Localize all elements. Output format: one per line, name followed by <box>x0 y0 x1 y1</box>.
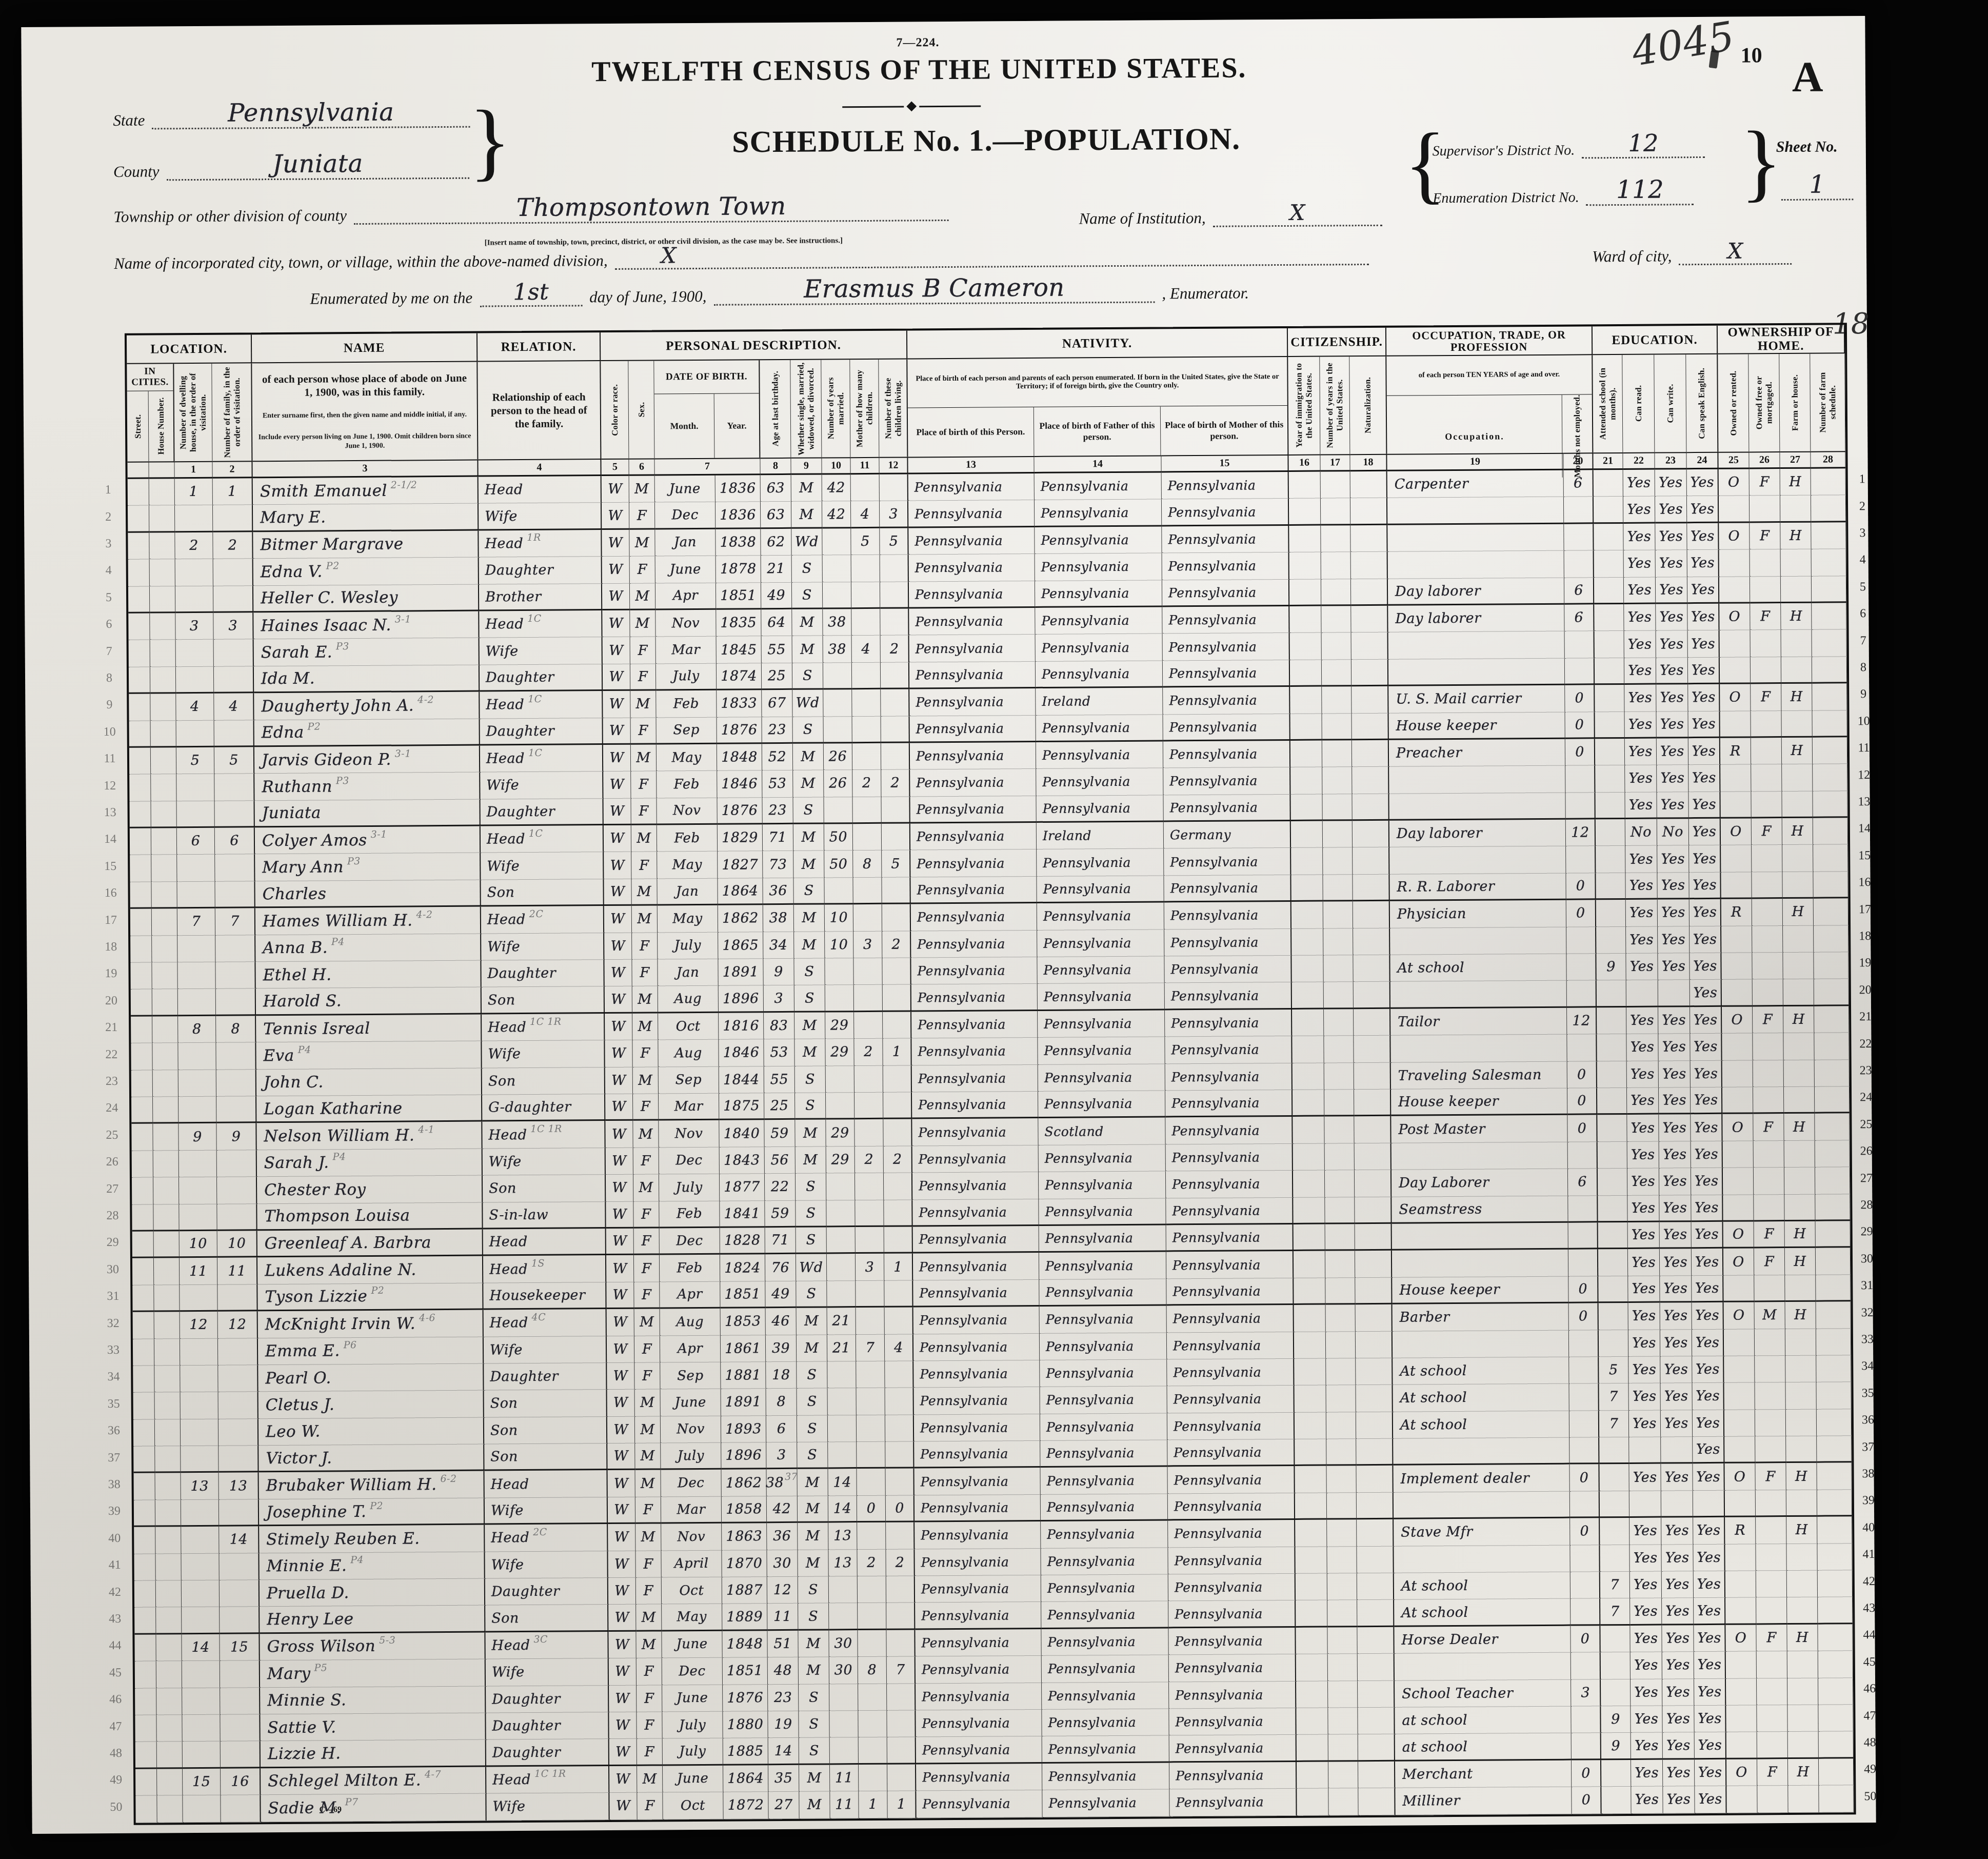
cell-street <box>133 1312 154 1339</box>
cell-read: Yes <box>1625 792 1657 819</box>
cell-family <box>218 1338 258 1366</box>
cell-write: Yes <box>1658 953 1689 980</box>
cell-months_not <box>1569 1384 1599 1411</box>
cell-read: Yes <box>1631 1706 1662 1733</box>
cell-mother_of: 2 <box>855 1146 884 1174</box>
column-number-owned: 25 <box>1718 451 1749 469</box>
cell-relation: Daughter <box>480 799 603 826</box>
cell-owned <box>1726 1732 1757 1759</box>
line-number-right: 46 <box>1857 1682 1882 1696</box>
cell-pob_mother: Pennsylvania <box>1167 1386 1295 1413</box>
cell-imm_year <box>1295 1520 1327 1547</box>
cell-name: Heller C. Wesley <box>253 584 479 612</box>
cell-pob_father: Pennsylvania <box>1042 1763 1169 1790</box>
cell-pob: Pennsylvania <box>915 1629 1041 1657</box>
cell-marital: M <box>792 636 823 663</box>
cell-yrs_us <box>1324 1063 1354 1090</box>
cell-yrs_married <box>829 1576 858 1604</box>
column-number-read: 22 <box>1623 452 1655 470</box>
cell-month: May <box>657 744 717 772</box>
cell-school <box>1597 1115 1627 1142</box>
cell-imm_year <box>1291 848 1323 875</box>
cell-color: W <box>609 1766 637 1793</box>
cell-dwelling <box>179 1150 217 1177</box>
cell-write: Yes <box>1655 469 1687 497</box>
cell-yrs_us <box>1321 499 1350 526</box>
cell-dwelling: 11 <box>180 1258 217 1285</box>
cell-age: 34 <box>763 932 794 959</box>
cell-house <box>154 1339 180 1366</box>
cell-marital: S <box>796 1174 826 1201</box>
cell-name: Nelson William H.4-1 <box>256 1122 482 1150</box>
cell-speak: Yes <box>1694 1706 1726 1733</box>
cell-read: Yes <box>1628 1249 1660 1276</box>
cell-pob_father: Pennsylvania <box>1042 1709 1169 1736</box>
cell-pob_mother: Pennsylvania <box>1162 499 1289 526</box>
cell-natural <box>1357 1627 1394 1654</box>
line-number-right: 35 <box>1856 1387 1880 1400</box>
cell-living: 7 <box>887 1657 916 1684</box>
cell-speak: Yes <box>1691 1141 1723 1169</box>
cell-farm_no <box>1817 1463 1852 1490</box>
cell-sex: F <box>631 852 657 879</box>
cell-imm_year <box>1294 1358 1326 1386</box>
cell-year: 1846 <box>719 1039 764 1066</box>
cell-year: 1827 <box>718 852 763 879</box>
cell-street <box>132 1204 153 1232</box>
column-number-natural: 18 <box>1350 454 1387 471</box>
cell-imm_year <box>1295 1493 1327 1520</box>
cell-mother_of <box>855 1173 884 1200</box>
cell-pob_mother: Pennsylvania <box>1165 1063 1293 1091</box>
cell-read: Yes <box>1624 550 1656 578</box>
cell-relation: Daughter <box>486 1712 609 1740</box>
cell-marital: M <box>797 1335 827 1362</box>
cell-farm_no <box>1811 522 1846 549</box>
cell-owned <box>1722 1087 1753 1114</box>
cell-color: W <box>605 1040 632 1067</box>
cell-name: Thompson Louisa <box>257 1202 483 1231</box>
cell-mother_of <box>853 958 882 985</box>
cell-family: 5 <box>214 747 254 774</box>
cell-yrs_married: 21 <box>827 1335 856 1362</box>
cell-sex: F <box>629 503 655 530</box>
cell-yrs_married <box>825 958 853 985</box>
cell-read: Yes <box>1629 1518 1661 1545</box>
cell-month: May <box>657 852 718 879</box>
cell-year: 1851 <box>723 1657 768 1685</box>
cell-speak: Yes <box>1689 845 1721 873</box>
cell-occupation: Implement dealer <box>1393 1465 1569 1492</box>
column-header-marital: Whether single, married, widowed, or div… <box>790 360 822 457</box>
cell-read: Yes <box>1629 1545 1661 1572</box>
cell-marital: S <box>796 1281 827 1308</box>
cell-write: Yes <box>1657 765 1688 792</box>
line-number-left: 26 <box>100 1155 125 1169</box>
cell-natural <box>1357 1493 1394 1520</box>
line-number-right: 3 <box>1850 526 1875 540</box>
cell-age: 3 <box>766 1442 797 1470</box>
cell-school <box>1598 1222 1628 1250</box>
cell-farm <box>1786 1436 1817 1464</box>
cell-mother_of <box>854 1065 883 1093</box>
cell-farm <box>1785 1275 1816 1302</box>
cell-pob_mother: Pennsylvania <box>1167 1413 1295 1440</box>
column-desc-name-2: Include every person living on June 1, 1… <box>257 431 472 451</box>
column-number-farm_no: 28 <box>1811 451 1845 468</box>
cell-write: Yes <box>1660 1356 1692 1383</box>
cell-farm <box>1786 1409 1817 1436</box>
cell-house <box>151 721 176 748</box>
cell-year: 1862 <box>721 1470 766 1497</box>
cell-farm_no <box>1818 1624 1853 1651</box>
cell-farm <box>1782 845 1813 872</box>
cell-pob_mother: Pennsylvania <box>1162 472 1289 500</box>
cell-sex: M <box>635 1416 661 1443</box>
cell-occupation: Day laborer <box>1388 605 1564 632</box>
pencil-note: 4-6 <box>419 1312 435 1323</box>
cell-read: Yes <box>1629 1464 1661 1491</box>
relation-pencil-note: 1C 1R <box>530 1123 562 1135</box>
cell-occupation: Day laborer <box>1389 820 1566 847</box>
ward-field: Ward of city, X <box>1592 238 1792 266</box>
cell-free <box>1753 1060 1784 1087</box>
cell-farm <box>1782 764 1813 792</box>
cell-occupation: Preacher <box>1389 739 1565 767</box>
cell-imm_year <box>1295 1412 1326 1439</box>
cell-mother_of <box>856 1280 884 1308</box>
cell-natural <box>1355 1170 1391 1197</box>
cell-family <box>214 720 254 747</box>
cell-house <box>149 479 175 506</box>
cell-sex: F <box>637 1712 662 1739</box>
cell-farm_no <box>1816 1329 1851 1356</box>
cell-free <box>1757 1705 1787 1732</box>
cell-natural <box>1353 901 1390 928</box>
cell-marital: M <box>794 1012 825 1039</box>
cell-speak: Yes <box>1690 1007 1722 1034</box>
cell-yrs_married: 11 <box>830 1791 859 1818</box>
pencil-note: 3-1 <box>395 748 411 759</box>
cell-write <box>1661 1437 1693 1464</box>
cell-pob: Pennsylvania <box>911 931 1037 958</box>
cell-read: Yes <box>1624 685 1656 712</box>
cell-family <box>221 1795 261 1822</box>
column-header-label-street: Street. <box>132 414 143 438</box>
cell-months_not <box>1569 1330 1599 1357</box>
cell-month: Jan <box>658 959 718 986</box>
cell-relation: Daughter <box>486 1686 609 1713</box>
cell-months_not <box>1570 1545 1600 1572</box>
line-number-right: 30 <box>1855 1252 1879 1266</box>
cell-farm <box>1781 576 1812 603</box>
cell-natural <box>1355 1143 1391 1171</box>
cell-speak: Yes <box>1694 1625 1725 1652</box>
cell-house <box>156 1715 182 1742</box>
cell-months_not <box>1568 1196 1598 1223</box>
cell-pob_father: Pennsylvania <box>1038 1064 1165 1092</box>
line-number-left: 41 <box>103 1558 127 1572</box>
cell-yrs_married <box>827 1361 856 1389</box>
column-header-year: Year. <box>714 393 759 458</box>
relation-pencil-note: 1C 1R <box>530 1016 562 1027</box>
cell-relation: Head <box>479 476 602 504</box>
cell-color: W <box>603 637 630 664</box>
cell-yrs_us <box>1328 1762 1358 1789</box>
cell-year: 1836 <box>715 502 761 529</box>
cell-name: Edna V.P2 <box>253 558 479 586</box>
cell-owned <box>1720 711 1751 738</box>
cell-house <box>151 855 177 882</box>
cell-mother_of: 5 <box>851 528 880 556</box>
cell-name: Haines Isaac N.3-1 <box>253 611 479 640</box>
cell-name: MaryP5 <box>260 1659 486 1688</box>
line-number-left: 24 <box>100 1101 124 1115</box>
cell-farm: H <box>1782 738 1813 765</box>
column-header-label-pob: Place of birth of this Person. <box>914 424 1027 440</box>
cell-house <box>155 1446 181 1473</box>
cell-school <box>1595 658 1624 685</box>
cell-free <box>1754 1275 1785 1302</box>
cell-year: 1846 <box>717 771 762 798</box>
cell-read: Yes <box>1623 470 1655 497</box>
cell-marital: Wd <box>796 1254 827 1281</box>
cell-house <box>150 640 176 667</box>
cell-living <box>885 1469 914 1496</box>
cell-pob_mother: Pennsylvania <box>1163 660 1290 688</box>
ward-value: X <box>1679 238 1792 265</box>
column-header-label-school: Attended school (in months). <box>1597 357 1618 450</box>
cell-color: W <box>603 691 630 718</box>
cell-pob_father: Pennsylvania <box>1041 1574 1168 1602</box>
cell-speak: Yes <box>1692 1329 1724 1356</box>
cell-house <box>150 694 176 721</box>
cell-living <box>881 743 910 770</box>
cell-school <box>1594 497 1623 524</box>
cell-yrs_us <box>1322 767 1352 794</box>
cell-age: 55 <box>762 636 792 663</box>
line-number-right: 26 <box>1854 1144 1879 1158</box>
line-number-right: 38 <box>1856 1467 1880 1481</box>
cell-marital: S <box>792 582 823 609</box>
cell-year: 1833 <box>717 690 762 717</box>
cell-write: Yes <box>1656 658 1688 685</box>
cell-pob: Pennsylvania <box>913 1333 1040 1361</box>
cell-pob_mother: Pennsylvania <box>1163 741 1290 768</box>
column-header-label-months_not: Months not employed. <box>1572 394 1582 477</box>
cell-months_not: 0 <box>1569 1465 1599 1492</box>
cell-farm_no <box>1814 1006 1849 1033</box>
cell-natural <box>1354 1090 1391 1117</box>
cell-house <box>157 1769 183 1796</box>
cell-color: W <box>603 798 631 825</box>
cell-pob: Pennsylvania <box>916 1790 1042 1818</box>
cell-sex: F <box>631 772 657 799</box>
cell-read <box>1626 980 1658 1007</box>
cell-color: W <box>606 1229 634 1256</box>
cell-farm <box>1788 1786 1819 1813</box>
cell-months_not <box>1564 550 1594 578</box>
column-desc-relation-0: Relationship of each person to the head … <box>483 390 595 431</box>
cell-natural <box>1353 955 1390 982</box>
cell-months_not: 0 <box>1568 1276 1598 1303</box>
cell-family <box>216 1070 256 1097</box>
cell-pob_mother: Pennsylvania <box>1163 767 1290 795</box>
cell-imm_year <box>1289 525 1321 552</box>
cell-pob_mother: Pennsylvania <box>1165 1090 1293 1118</box>
cell-mother_of <box>852 663 881 690</box>
cell-age: 30 <box>767 1550 798 1577</box>
cell-farm <box>1786 1544 1817 1571</box>
cell-free <box>1757 1732 1788 1759</box>
line-number-left: 12 <box>97 779 122 793</box>
cell-street <box>133 1339 154 1366</box>
cell-owned: O <box>1725 1625 1756 1652</box>
stamp-mark-icon <box>1709 50 1719 69</box>
cell-color: W <box>604 825 631 853</box>
cell-yrs_married <box>826 1200 855 1228</box>
cell-read: Yes <box>1627 1088 1659 1115</box>
cell-dwelling <box>176 774 214 801</box>
cell-yrs_us <box>1322 740 1352 767</box>
cell-owned: O <box>1723 1221 1754 1249</box>
cell-pob_father: Pennsylvania <box>1039 1172 1166 1199</box>
cell-imm_year <box>1289 579 1321 606</box>
cell-speak: Yes <box>1694 1652 1726 1679</box>
line-number-right: 15 <box>1852 849 1877 863</box>
cell-pob_father: Pennsylvania <box>1036 634 1163 662</box>
cell-living <box>886 1630 915 1657</box>
cell-family: 14 <box>219 1526 259 1553</box>
cell-pob: Pennsylvania <box>910 823 1037 851</box>
cell-marital: M <box>799 1792 830 1819</box>
cell-house <box>150 559 175 586</box>
cell-farm_no <box>1817 1544 1852 1571</box>
cell-relation: Head <box>483 1229 606 1256</box>
cell-yrs_us <box>1324 1090 1354 1117</box>
cell-marital: S <box>792 556 823 583</box>
pencil-note: 2-1/2 <box>391 479 418 490</box>
cell-pob_father: Pennsylvania <box>1036 715 1163 742</box>
cell-school <box>1599 1437 1629 1465</box>
cell-farm: H <box>1783 899 1814 926</box>
cell-family <box>217 1177 257 1204</box>
incorporated-value: X <box>614 239 1368 270</box>
cell-school <box>1601 1679 1631 1706</box>
cell-name: Minnie S. <box>260 1686 486 1714</box>
column-number-write: 23 <box>1655 452 1686 469</box>
cell-read: Yes <box>1628 1383 1660 1411</box>
cell-read: Yes <box>1628 1330 1660 1357</box>
cell-school: 5 <box>1599 1357 1628 1384</box>
column-header-street: Street. <box>127 391 149 462</box>
cell-living <box>883 1065 912 1093</box>
cell-yrs_married <box>823 555 851 582</box>
cell-months_not: 0 <box>1565 712 1595 739</box>
cell-color: W <box>603 745 631 772</box>
cell-read: Yes <box>1624 658 1656 685</box>
cell-family <box>220 1714 260 1742</box>
cell-school <box>1597 1034 1626 1061</box>
cell-yrs_married: 26 <box>824 770 852 797</box>
cell-free: F <box>1751 684 1781 711</box>
cell-school: 7 <box>1599 1383 1628 1411</box>
cell-natural <box>1354 982 1390 1009</box>
cell-imm_year <box>1293 1090 1324 1117</box>
cell-street <box>132 1258 154 1286</box>
cell-pob: Pennsylvania <box>914 1387 1040 1415</box>
cell-write: Yes <box>1656 711 1688 739</box>
cell-months_not: 0 <box>1570 1626 1600 1653</box>
enumerated-day: 1st <box>480 279 582 307</box>
cell-month: Aug <box>660 1309 721 1336</box>
cell-house <box>149 506 175 533</box>
cell-year: 1840 <box>719 1120 764 1148</box>
line-number-left: 15 <box>98 860 123 874</box>
cell-write: Yes <box>1661 1517 1693 1545</box>
cell-living <box>884 1173 912 1200</box>
cell-pob_mother: Germany <box>1164 821 1291 849</box>
column-header-sex: Sex. <box>628 361 654 458</box>
line-number-left: 8 <box>97 671 122 685</box>
cell-months_not <box>1564 497 1594 524</box>
cell-farm <box>1785 1329 1816 1356</box>
cell-house <box>150 586 175 614</box>
cell-natural <box>1355 1277 1392 1304</box>
cell-yrs_married <box>824 717 852 744</box>
cell-mother_of: 8 <box>858 1657 887 1684</box>
cell-dwelling: 12 <box>180 1312 218 1339</box>
incorporated-field: Name of incorporated city, town, or vill… <box>114 239 1369 273</box>
cell-house <box>151 801 176 828</box>
cell-relation: Wife <box>484 1336 607 1364</box>
cell-speak: Yes <box>1691 1114 1722 1141</box>
cell-school <box>1595 685 1624 712</box>
cell-street <box>128 560 150 587</box>
cell-read <box>1629 1437 1661 1465</box>
cell-relation: Head1S <box>483 1255 606 1283</box>
cell-speak: Yes <box>1692 1383 1724 1410</box>
cell-free <box>1752 845 1782 873</box>
cell-speak: Yes <box>1687 523 1719 550</box>
cell-age: 76 <box>765 1254 796 1281</box>
cell-natural <box>1351 659 1388 686</box>
cell-speak: Yes <box>1694 1678 1726 1706</box>
cell-yrs_us <box>1324 1009 1354 1036</box>
cell-dwelling <box>177 935 215 962</box>
cell-speak: Yes <box>1695 1786 1726 1813</box>
cell-farm_no <box>1818 1678 1853 1705</box>
cell-month: Apr <box>655 583 716 610</box>
cell-month: Dec <box>660 1228 720 1255</box>
cell-months_not: 0 <box>1567 1061 1597 1089</box>
cell-read: Yes <box>1623 497 1655 524</box>
cell-natural <box>1358 1761 1395 1788</box>
column-number-imm_year: 16 <box>1288 454 1320 472</box>
cell-owned <box>1726 1786 1757 1813</box>
cell-pob: Pennsylvania <box>912 1118 1038 1146</box>
cell-marital: M <box>798 1523 828 1550</box>
cell-month: July <box>662 1712 723 1739</box>
cell-pob_mother: Pennsylvania <box>1169 1681 1296 1709</box>
cell-owned <box>1721 926 1752 953</box>
cell-farm_no <box>1818 1597 1853 1625</box>
cell-free <box>1753 1033 1783 1060</box>
cell-street <box>130 936 152 963</box>
cell-house <box>155 1392 181 1419</box>
column-number-pob: 13 <box>908 456 1034 474</box>
cell-age: 39 <box>766 1335 797 1362</box>
